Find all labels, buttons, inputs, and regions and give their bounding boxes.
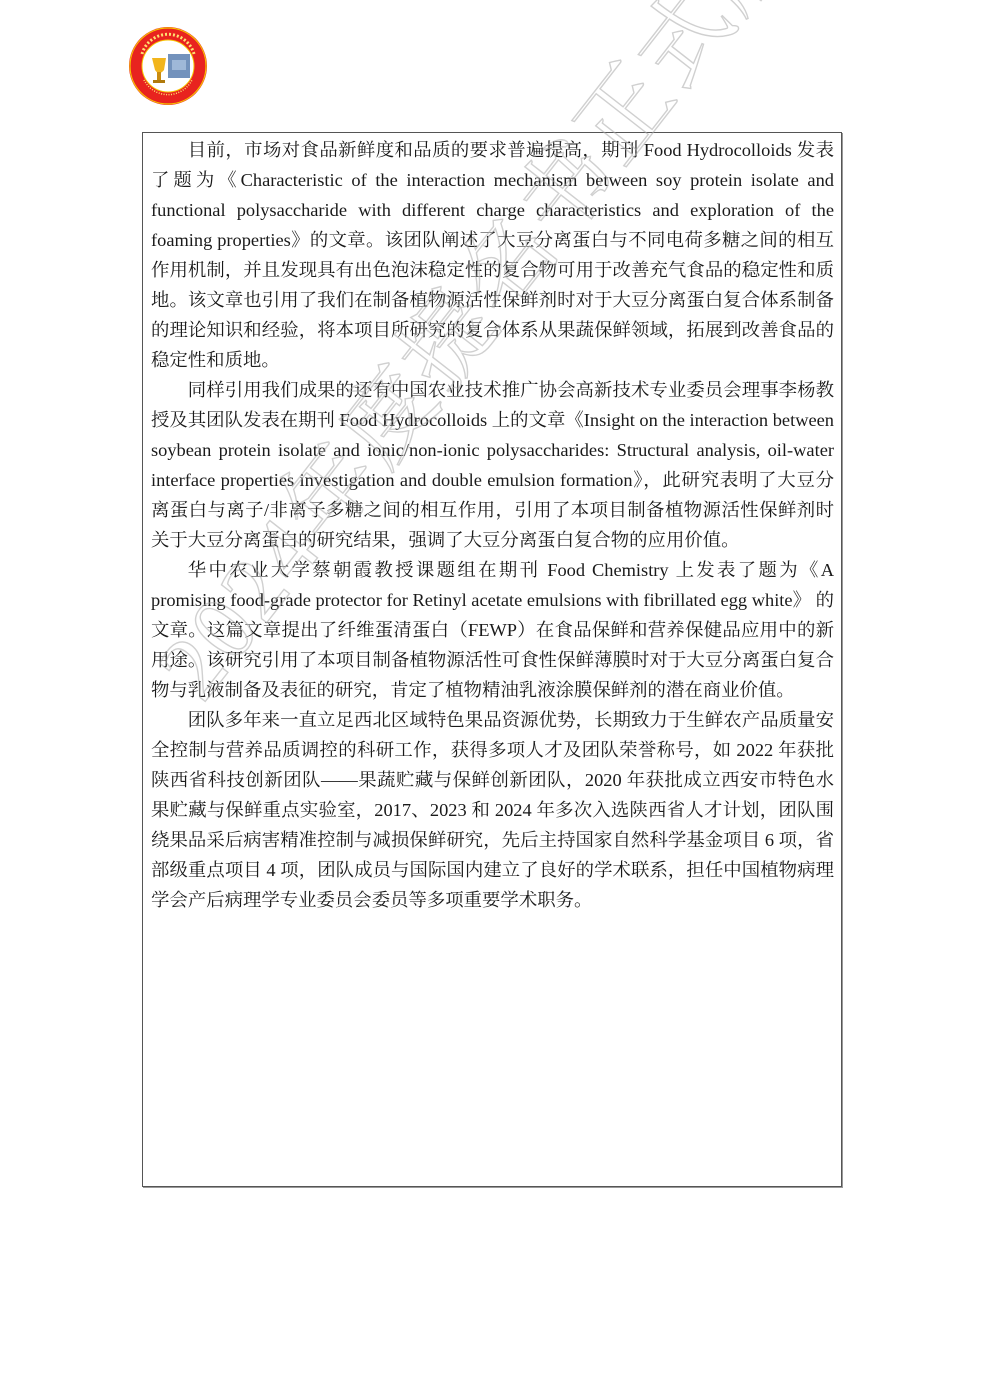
emblem-seal-icon: [128, 26, 208, 106]
paragraph-food-chemistry-citation: 华中农业大学蔡朝霞教授课题组在期刊 Food Chemistry 上发表了题为《…: [151, 555, 834, 705]
paragraph-food-hydrocolloids-citation: 目前，市场对食品新鲜度和品质的要求普遍提高，期刊 Food Hydrocollo…: [151, 135, 834, 375]
award-office-seal-logo: [128, 26, 208, 106]
paragraph-team-background: 团队多年来一直立足西北区域特色果品资源优势，长期致力于生鲜农产品质量安全控制与营…: [151, 705, 834, 915]
paragraph-li-yang-citation: 同样引用我们成果的还有中国农业技术推广协会高新技术专业委员会理事李杨教授及其团队…: [151, 375, 834, 555]
document-body: 目前，市场对食品新鲜度和品质的要求普遍提高，期刊 Food Hydrocollo…: [151, 135, 834, 915]
